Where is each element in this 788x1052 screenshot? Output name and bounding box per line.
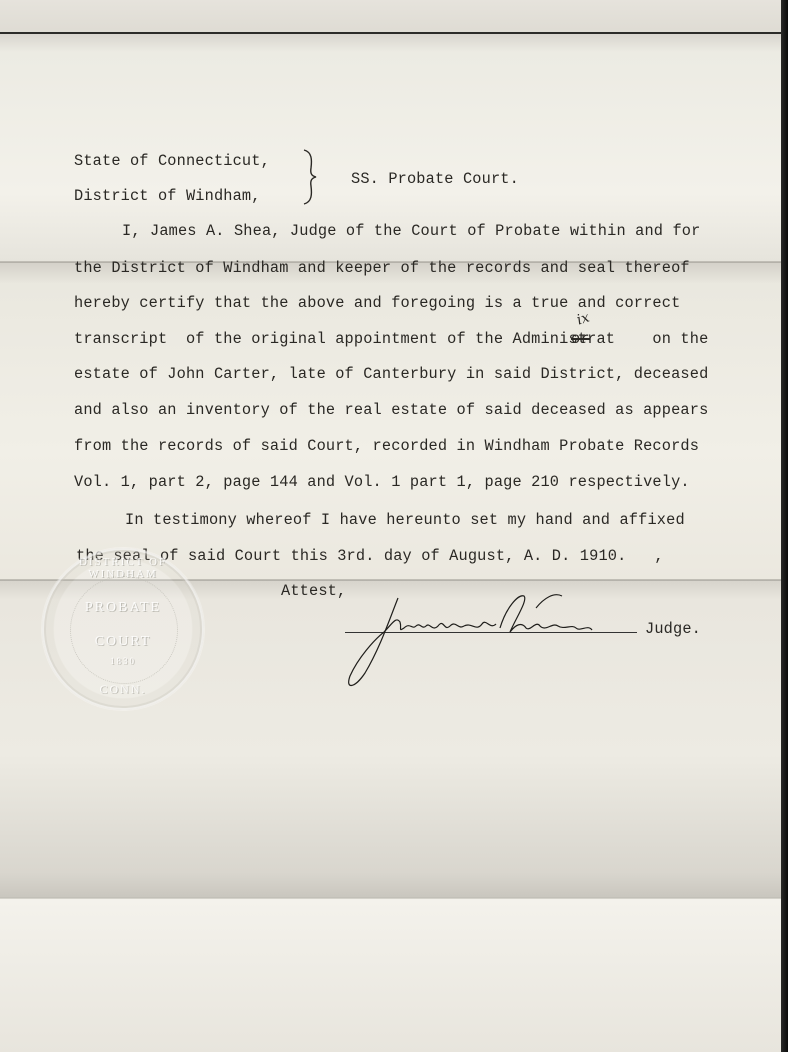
attest-label: Attest, [281, 584, 346, 599]
top-fold-edge [0, 32, 781, 34]
body-line: hereby certify that the above and forego… [74, 296, 680, 311]
embossed-court-seal: DISTRICT OF WINDHAM PROBATE COURT 1830 C… [42, 548, 204, 710]
seal-bottom-arc: CONN. [42, 682, 204, 697]
body-line: Vol. 1, part 2, page 144 and Vol. 1 part… [74, 475, 690, 490]
seal-center-line-2: COURT [42, 634, 204, 650]
caption-district: District of Windham, [74, 189, 261, 204]
scan-edge [781, 0, 788, 1052]
seal-inner-ring [70, 576, 178, 684]
document-page: State of Connecticut, District of Windha… [0, 0, 781, 1052]
bracket-brace-icon [300, 148, 320, 206]
body-line: estate of John Carter, late of Canterbur… [74, 367, 708, 382]
caption-state: State of Connecticut, [74, 154, 270, 169]
handwritten-signature-icon: James A. Shea [340, 588, 620, 692]
body-line: the District of Windham and keeper of th… [74, 261, 690, 276]
struck-text: or [571, 332, 590, 347]
page-panel-4 [0, 898, 781, 1052]
body-line: and also an inventory of the real estate… [74, 403, 708, 418]
body-line: transcript of the original appointment o… [74, 332, 708, 347]
seal-top-arc: DISTRICT OF WINDHAM [42, 556, 204, 580]
signature-title: Judge. [645, 622, 701, 637]
fold-crease [0, 897, 781, 899]
body-line: from the records of said Court, recorded… [74, 439, 699, 454]
caption-court: SS. Probate Court. [351, 172, 519, 187]
testimony-line: In testimony whereof I have hereunto set… [125, 513, 685, 528]
seal-center-line-1: PROBATE [42, 600, 204, 616]
body-line: I, James A. Shea, Judge of the Court of … [122, 224, 700, 239]
folded-top-strip [0, 0, 781, 34]
seal-year: 1830 [42, 656, 204, 666]
